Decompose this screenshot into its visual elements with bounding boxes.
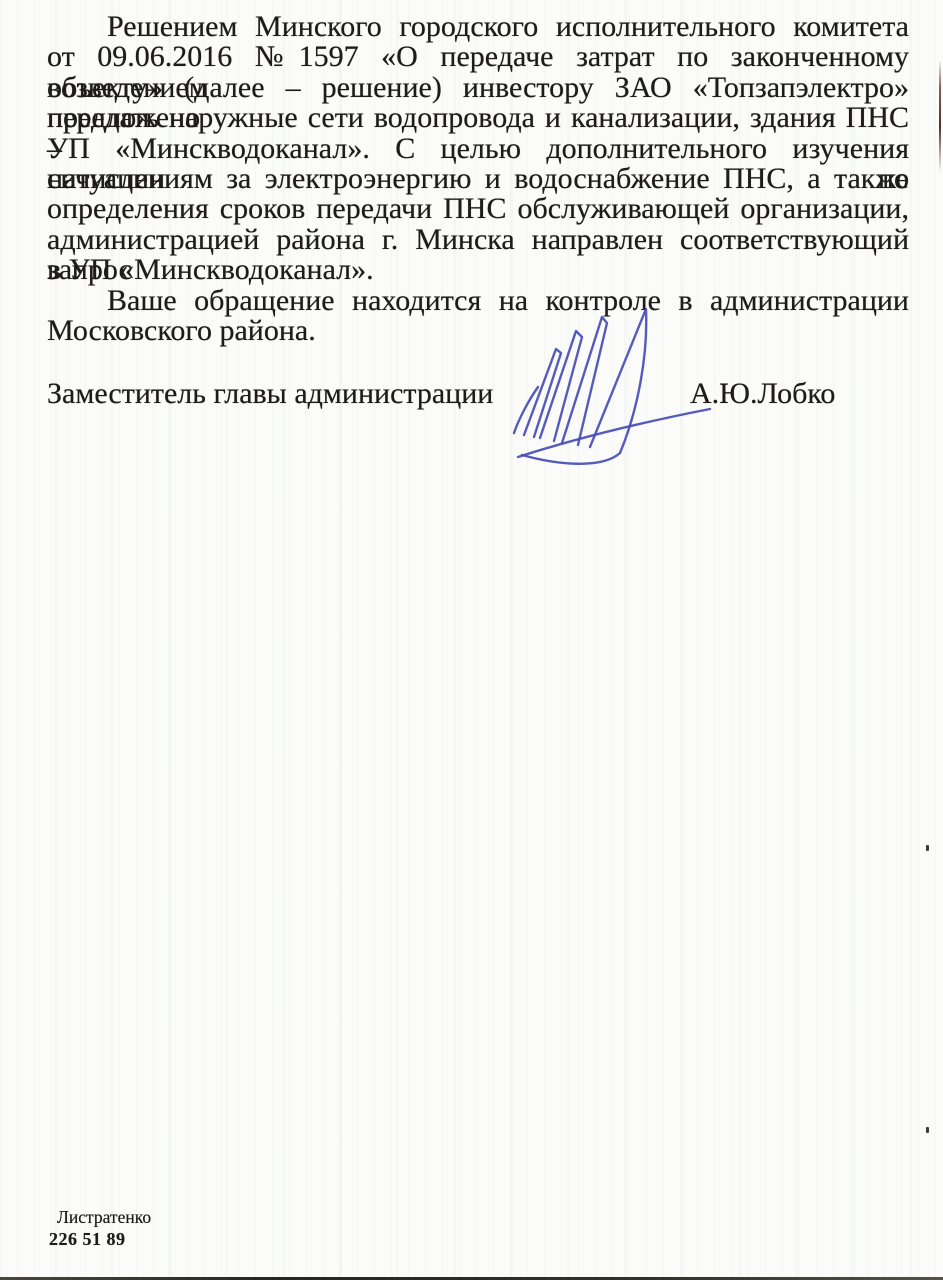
- text-line: Московского района.: [47, 316, 909, 346]
- executor-phone: 226 51 89: [49, 1228, 151, 1250]
- paragraph-control: Ваше обращение находится на контроле в а…: [47, 286, 909, 347]
- text-line: от 09.06.2016 №1597 «О передаче затрат п…: [47, 42, 909, 72]
- executor-block: Листратенко 226 51 89: [49, 1206, 151, 1250]
- scanned-letter-page: Решением Минского городского исполнитель…: [0, 0, 943, 1280]
- text-line: объекту» (далее – решение) инвестору ЗАО…: [47, 73, 909, 103]
- executor-name: Листратенко: [49, 1206, 151, 1228]
- text-line: администрацией района г. Минска направле…: [47, 225, 909, 255]
- scan-speck: [926, 845, 929, 851]
- scan-speck: [926, 1127, 929, 1133]
- text-line: определения сроков передачи ПНС обслужив…: [47, 194, 909, 224]
- signature-ink: [498, 303, 728, 468]
- signoff-title: Заместитель главы администрации: [47, 377, 493, 411]
- text-line: начислениям за электроэнергию и водоснаб…: [47, 164, 909, 194]
- text-line: в УП «Минскводоканал».: [47, 255, 909, 285]
- paragraph-decision: Решением Минского городского исполнитель…: [47, 12, 909, 286]
- text-line: УП «Минскводоканал». С целью дополнитель…: [47, 134, 909, 164]
- signoff-row: Заместитель главы администрации А.Ю.Лобк…: [47, 377, 909, 411]
- text-line: Ваше обращение находится на контроле в а…: [47, 286, 909, 316]
- text-line: Решением Минского городского исполнитель…: [47, 12, 909, 42]
- text-line: передать наружные сети водопровода и кан…: [47, 103, 909, 133]
- letter-body: Решением Минского городского исполнитель…: [47, 12, 909, 346]
- scan-edge-artifact: [939, 60, 941, 172]
